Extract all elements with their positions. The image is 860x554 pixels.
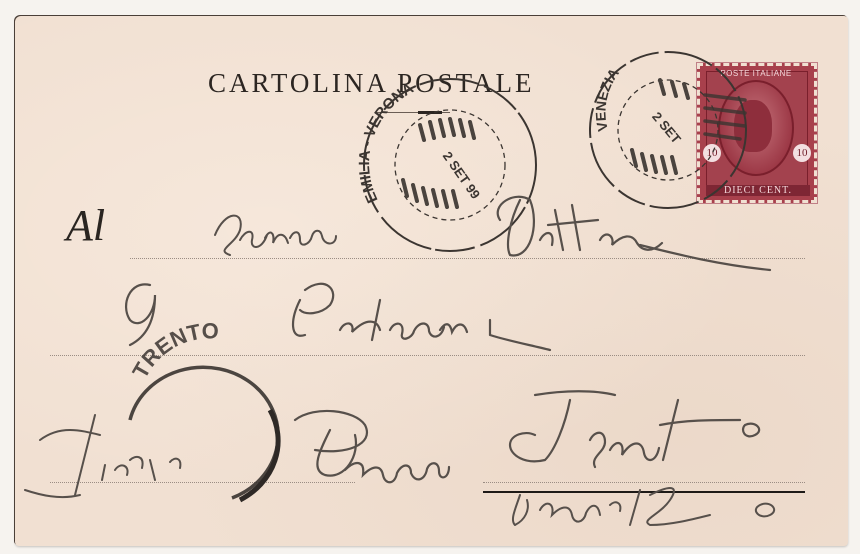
postmark-venezia-date: 2 SET	[649, 109, 684, 146]
address-line1: Egregio Dattore	[0, 0, 1, 1]
postmark-venezia-place: VENEZIA	[592, 65, 622, 133]
postmark-emilia-verona-place: EMILIA - VERONA	[356, 80, 417, 206]
postmark-emilia-verona-date: 2 SET 99	[440, 149, 483, 202]
postmark-trento	[130, 367, 278, 500]
postmark-layer: EMILIA - VERONA 2 SET 99 VENEZIA 2 SET T…	[0, 0, 860, 554]
